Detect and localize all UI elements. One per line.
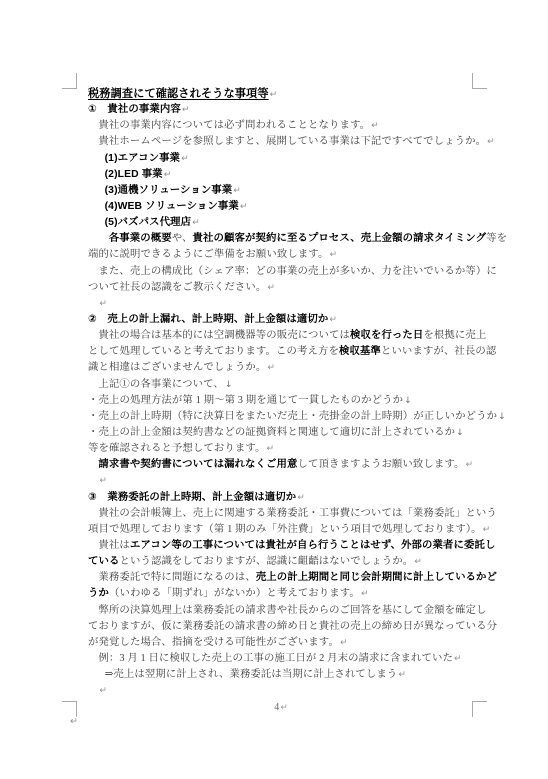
- pilcrow-mark: ↵: [181, 105, 190, 115]
- text-run: 貴社ホームページを参照しますと、展開している事業は下記ですべてでしょうか。: [98, 136, 486, 147]
- text-run: 等を確認されると予想しております。: [88, 443, 266, 454]
- linebreak-mark: ↓: [455, 428, 464, 438]
- body-line: 各事業の概要や、貴社の顧客が契約に至るプロセス、売上金額の請求タイミング等を: [88, 231, 474, 247]
- list-item-3: (3)通機ソリューション事業↵: [88, 183, 474, 199]
- document-body: 税務調査にて確認されそうな事項等↵① 貴社の事業内容↵貴社の事業内容については必…: [88, 86, 474, 699]
- body-line: 業務委託で特に問題になるのは、売上の計上期間と同じ会計期間に計上しているかど: [88, 570, 474, 586]
- body-line: 弊所の決算処理上は業務委託の請求書や社長からのご回答を基にして金額を確定し: [88, 603, 474, 619]
- pilcrow-mark: ↵: [163, 170, 172, 180]
- pilcrow-mark: ↵: [397, 670, 406, 680]
- body-line: ているという認識をしておりますが、認識に齟齬はないでしょうか。↵: [88, 554, 474, 570]
- body-line: 貴社の会計帳簿上、売上に関連する業務委託・工事費については「業務委託」という: [88, 506, 474, 522]
- text-run: 弊所の決算処理上は業務委託の請求書や社長からのご回答を基にして金額を確定し: [98, 605, 486, 616]
- crop-mark-top-left-icon: [62, 73, 77, 89]
- example-result-line: ⇒売上は翌期に計上され、業務委託は当期に計上されてしまう↵: [88, 667, 474, 683]
- pilcrow-mark: ↵: [296, 493, 305, 503]
- bold-text-run: 売上の計上期間と同じ会計期間に計上しているかど: [256, 572, 497, 583]
- body-line: 項目で処理しております（第 1 期のみ「外注費」という項目で処理しております）。…: [88, 522, 474, 538]
- pilcrow-mark: ↵: [413, 557, 422, 567]
- body-line: ておりますが、仮に業務委託の請求書の締め日と貴社の売上の締め日が異なっている分: [88, 619, 474, 635]
- bold-text-run: (5)バズパス代理店: [105, 217, 191, 228]
- text-run: 業務委託で特に問題になるのは、: [98, 572, 255, 583]
- pilcrow-mark: ↵: [239, 202, 248, 212]
- body-line: が発覚した場合、指摘を受ける可能性がございます。↵: [88, 635, 474, 651]
- list-item-5: (5)バズパス代理店↵: [88, 215, 474, 231]
- text-run: として処理していると考えております。この考え方を: [88, 346, 339, 357]
- crop-mark-bottom-left-icon: [62, 701, 77, 717]
- section-3-heading: ③ 業務委託の計上時期、計上金額は適切か↵: [88, 490, 474, 506]
- pilcrow-mark: ↵: [232, 186, 241, 196]
- pilcrow-mark: ↵: [98, 299, 107, 309]
- pilcrow-mark: ↵: [328, 250, 337, 260]
- body-line: ついて社長の認識をご教示ください。↵: [88, 280, 474, 296]
- body-line: 貴社の事業内容については必ず問われることとなります。↵: [88, 118, 474, 134]
- bold-text-run: (3)通機ソリューション事業: [105, 185, 233, 196]
- body-line: うか（いわゆる「期ずれ」がないか）と考えております。↵: [88, 586, 474, 602]
- example-line: 例：3 月 1 日に検収した売上の工事の施工日が 2 月末の請求に含まれていた↵: [88, 651, 474, 667]
- bold-text-run: 各事業の概要: [109, 233, 172, 244]
- page-footer: 4↵: [88, 702, 474, 713]
- bold-text-run: (2)LED 事業: [105, 169, 163, 180]
- list-item-4: (4)WEB ソリューション事業↵: [88, 199, 474, 215]
- body-line: として処理していると考えております。この考え方を検収基準といいますが、社長の認: [88, 344, 474, 360]
- bold-text-run: (4)WEB ソリューション事業: [105, 201, 239, 212]
- linebreak-mark: ↓: [497, 412, 506, 422]
- pilcrow-mark: ↵: [266, 283, 275, 293]
- body-line: 上記①の各事業について、↓: [88, 377, 474, 393]
- text-run: 識と相違はございませんでしょうか。: [88, 362, 266, 373]
- bold-text-run: ている: [88, 556, 119, 567]
- body-line: 等を確認されると予想しております。↵: [88, 441, 474, 457]
- bold-text-run: ① 貴社の事業内容: [88, 104, 181, 115]
- pilcrow-mark: ↵: [266, 363, 275, 373]
- bold-text-run: 貴社の顧客が契約に至るプロセス、売上金額の請求タイミング: [193, 233, 487, 244]
- bold-text-run: (1)エアコン事業: [105, 153, 180, 164]
- pilcrow-mark: ↵: [482, 525, 491, 535]
- document-page: 税務調査にて確認されそうな事項等↵① 貴社の事業内容↵貴社の事業内容については必…: [0, 0, 548, 779]
- body-line: 貴社ホームページを参照しますと、展開している事業は下記ですべてでしょうか。↵: [88, 134, 474, 150]
- pilcrow-mark: ↵: [98, 476, 107, 486]
- text-run: ておりますが、仮に業務委託の請求書の締め日と貴社の売上の締め日が異なっている分: [88, 621, 497, 632]
- pilcrow-mark: ↵: [266, 444, 275, 454]
- body-line: また、売上の構成比（シェア率：どの事業の売上が多いか、力を注いでいるか等）に: [88, 264, 474, 280]
- section-2-heading: ② 売上の計上漏れ、計上時期、計上金額は適切か↵: [88, 312, 474, 328]
- text-run: 等を: [486, 233, 507, 244]
- bullet-line: ・売上の計上時期（特に決算日をまたいだ売上・売掛金の計上時期）が正しいかどうか↓: [88, 409, 474, 425]
- pilcrow-mark: ↵: [191, 218, 200, 228]
- crop-mark-bottom-right-icon: [472, 701, 487, 717]
- list-item-1: (1)エアコン事業↵: [88, 151, 474, 167]
- list-item-2: (2)LED 事業↵: [88, 167, 474, 183]
- text-run: ついて社長の認識をご教示ください。: [88, 282, 266, 293]
- body-line: 識と相違はございませんでしょうか。↵: [88, 360, 474, 376]
- blank-line: ↵: [88, 296, 474, 312]
- text-run: が発覚した場合、指摘を受ける可能性がございます。: [88, 637, 339, 648]
- text-run: 貴社の場合は基本的には空調機器等の販売については: [98, 330, 350, 341]
- pilcrow-mark: ↵: [98, 686, 107, 696]
- text-run: ・売上の計上時期（特に決算日をまたいだ売上・売掛金の計上時期）が正しいかどうか: [88, 411, 497, 422]
- bold-text-run: 検収基準: [339, 346, 381, 357]
- bold-text-run: うか: [88, 588, 109, 599]
- body-line: 貴社の場合は基本的には空調機器等の販売については検収を行った日を根拠に売上: [88, 328, 474, 344]
- linebreak-mark: ↓: [224, 380, 233, 390]
- text-run: という認識をしておりますが、認識に齟齬はないでしょうか。: [119, 556, 413, 567]
- bullet-line: ・売上の計上金額は契約書などの証拠資料と関連して適切に計上されているか↓: [88, 425, 474, 441]
- pilcrow-mark: ↵: [453, 654, 462, 664]
- bold-text-run: エアコン等の工事については貴社が自ら行うことはせず、外部の業者に委託し: [130, 540, 496, 551]
- pilcrow-mark: ↵: [328, 315, 337, 325]
- blank-line: ↵: [88, 473, 474, 489]
- text-run: 貴社は: [98, 540, 129, 551]
- bold-text-run: 請求書や契約書については漏れなくご用意: [98, 459, 297, 470]
- body-line: 貴社はエアコン等の工事については貴社が自ら行うことはせず、外部の業者に委託し: [88, 538, 474, 554]
- footer-pilcrow-mark: ↵: [70, 716, 78, 727]
- section-1-heading: ① 貴社の事業内容↵: [88, 102, 474, 118]
- document-title: 税務調査にて確認されそうな事項等↵: [88, 86, 474, 102]
- pilcrow-mark: ↵: [269, 90, 278, 100]
- text-run: 上記①の各事業について、: [98, 379, 223, 390]
- text-run: 貴社の会計帳簿上、売上に関連する業務委託・工事費については「業務委託」という: [98, 508, 496, 519]
- pilcrow-mark: ↵: [360, 589, 369, 599]
- text-run: ・売上の計上金額は契約書などの証拠資料と関連して適切に計上されているか: [88, 427, 455, 438]
- text-run: また、売上の構成比（シェア率：どの事業の売上が多いか、力を注いでいるか等）に: [98, 266, 496, 277]
- body-line: 請求書や契約書については漏れなくご用意して頂きますようお願い致します。↵: [88, 457, 474, 473]
- text-run: や、: [172, 233, 193, 244]
- pilcrow-mark: ↵: [486, 137, 495, 147]
- text-run: （いわゆる「期ずれ」がないか）と考えております。: [109, 588, 360, 599]
- pilcrow-mark: ↵: [279, 703, 288, 713]
- linebreak-mark: ↓: [403, 396, 412, 406]
- bold-text-run: ③ 業務委託の計上時期、計上金額は適切か: [88, 492, 296, 503]
- text-run: して頂きますようお願い致します。: [298, 459, 465, 470]
- text-run: 貴社の事業内容については必ず問われることとなります。: [98, 120, 370, 131]
- pilcrow-mark: ↵: [180, 154, 189, 164]
- blank-line: ↵: [88, 683, 474, 699]
- text-run: ⇒売上は翌期に計上され、業務委託は当期に計上されてしまう: [105, 669, 398, 680]
- text-run: ・売上の処理方法が第 1 期～第 3 期を通じて一貫したものかどうか: [88, 395, 403, 406]
- pilcrow-mark: ↵: [370, 121, 379, 131]
- pilcrow-mark: ↵: [339, 638, 348, 648]
- text-run: 項目で処理しております（第 1 期のみ「外注費」という項目で処理しております）。: [88, 524, 482, 535]
- text-run: を根拠に売上: [423, 330, 486, 341]
- text-run: 例：3 月 1 日に検収した売上の工事の施工日が 2 月末の請求に含まれていた: [98, 653, 453, 664]
- body-line: 端的に説明できるようにご準備をお願い致します。↵: [88, 247, 474, 263]
- bullet-line: ・売上の処理方法が第 1 期～第 3 期を通じて一貫したものかどうか↓: [88, 393, 474, 409]
- bold-text-run: 税務調査にて確認されそうな事項等: [88, 88, 269, 100]
- bold-text-run: 検収を行った日: [350, 330, 423, 341]
- text-run: といいますが、社長の認: [381, 346, 496, 357]
- crop-mark-top-right-icon: [472, 73, 487, 89]
- pilcrow-mark: ↵: [465, 460, 474, 470]
- text-run: 端的に説明できるようにご準備をお願い致します。: [88, 249, 328, 260]
- bold-text-run: ② 売上の計上漏れ、計上時期、計上金額は適切か: [88, 314, 328, 325]
